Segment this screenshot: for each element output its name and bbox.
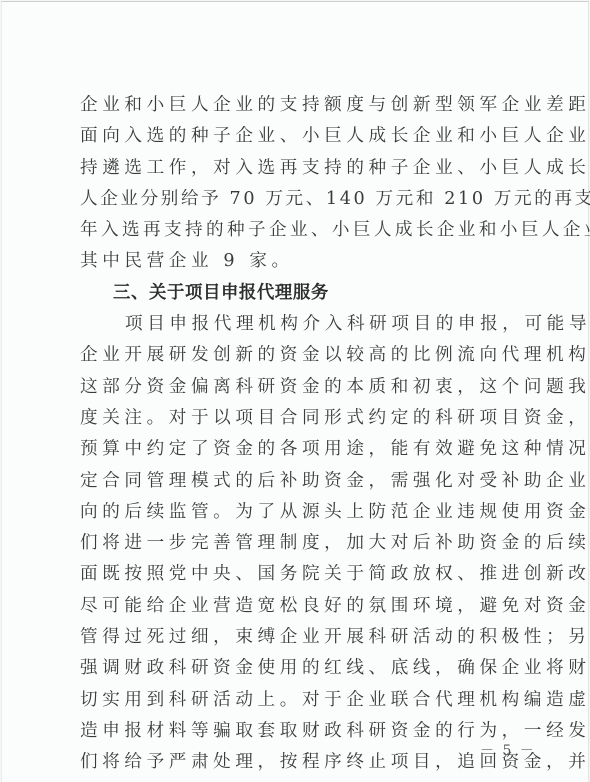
text-line: 年入选再支持的种子企业、小巨人成长企业和小巨人企业 12 家， [80,215,542,246]
paragraph-first-line: 项目申报代理机构介入科研项目的申报，可能导致用于支持 [80,309,542,340]
document-page: 企业和小巨人企业的支持额度与创新型领军企业差距较大，我厅 面向入选的种子企业、小… [1,1,589,781]
text-line: 管得过死过细，束缚企业开展科研活动的积极性；另一方面着重 [80,622,542,653]
text-line: 人企业分别给予 70 万元、140 万元和 210 万元的再支持。2018 [80,184,542,215]
text-line: 其中民营企业 9 家。 [80,246,542,277]
text-line: 向的后续监管。为了从源头上防范企业违规使用资金的风险，我 [80,497,542,528]
text-line: 造申报材料等骗取套取财政科研资金的行为，一经发现查实，我 [80,716,542,747]
text-line: 度关注。对于以项目合同形式约定的科研项目资金，因为在项目 [80,403,542,434]
text-line: 持遴选工作，对入选再支持的种子企业、小巨人成长企业和小巨 [80,153,542,184]
page-number: － 5 － [480,740,536,760]
section-heading: 三、关于项目申报代理服务 [80,278,542,309]
text-line: 预算中约定了资金的各项用途，能有效避免这种情况；对于未约 [80,434,542,465]
text-line: 尽可能给企业营造宽松良好的氛围环境，避免对资金的使用预算 [80,591,542,622]
text-line: 切实用到科研活动上。对于企业联合代理机构编造虚假数据、伪 [80,685,542,716]
text-line: 企业开展研发创新的资金以较高的比例流向代理机构，从而致使 [80,340,542,371]
text-line: 面向入选的种子企业、小巨人成长企业和小巨人企业开展了再支 [80,121,542,152]
text-line: 企业和小巨人企业的支持额度与创新型领军企业差距较大，我厅 [80,90,542,121]
text-line: 强调财政科研资金使用的红线、底线，确保企业将财政科研资金 [80,653,542,684]
text-line: 定合同管理模式的后补助资金，需强化对受补助企业资金使用去 [80,466,542,497]
text-line: 面既按照党中央、国务院关于简政放权、推进创新改革的要求， [80,559,542,590]
document-body: 企业和小巨人企业的支持额度与创新型领军企业差距较大，我厅 面向入选的种子企业、小… [80,90,542,779]
text-line: 们将进一步完善管理制度，加大对后补助资金的后续监管。一方 [80,528,542,559]
text-line: 们将给予严肃处理，按程序终止项目，追回资金，并将责任单位 [80,747,542,778]
text-line: 这部分资金偏离科研资金的本质和初衷，这个问题我们将给予高 [80,372,542,403]
